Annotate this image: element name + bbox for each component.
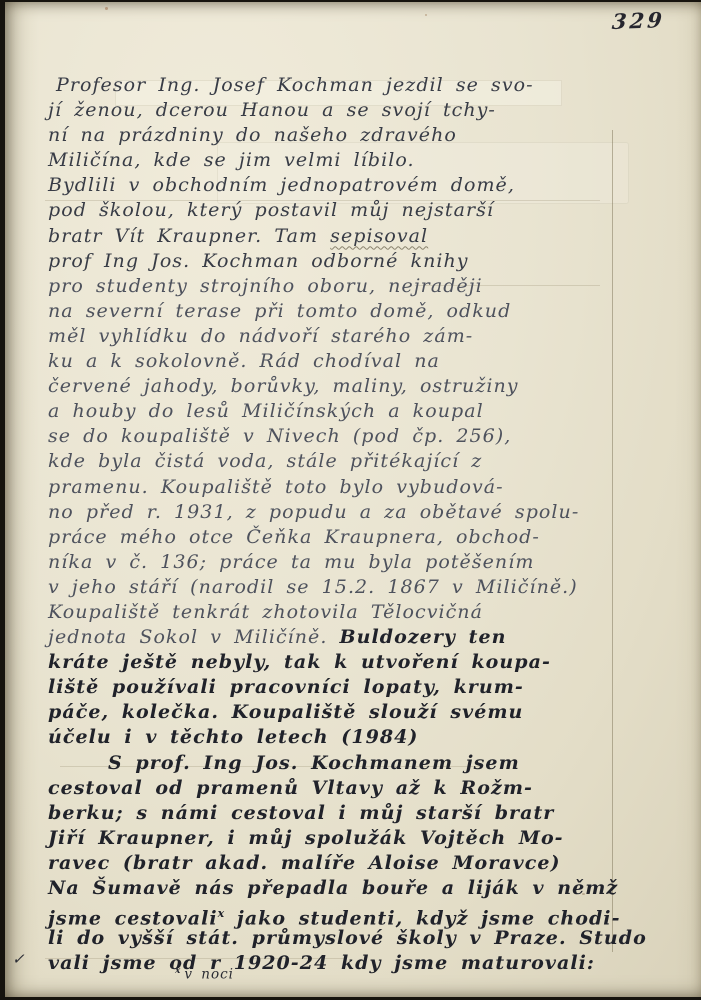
line-segment: liště používali pracovníci lopaty, krum-	[48, 676, 524, 698]
line-segment: Koupaliště tenkrát zhotovila Tělocvičná	[48, 601, 483, 623]
manuscript-line: kráte ještě nebyly, tak k utvoření koupa…	[48, 650, 632, 675]
manuscript-line: berku; s námi cestoval i můj starší brat…	[48, 801, 632, 826]
footnote-marker: x	[175, 966, 181, 976]
line-segment: Jiří Kraupner, i můj spolužák Vojtěch Mo…	[48, 827, 564, 849]
manuscript-line: kde byla čistá voda, stále přitékající z	[48, 449, 632, 474]
line-segment: vali jsme od r 1920-24 kdy jsme maturova…	[48, 952, 595, 974]
manuscript-line: účelu i v těchto letech (1984)	[48, 725, 632, 750]
line-segment: kráte ještě nebyly, tak k utvoření koupa…	[48, 651, 551, 673]
manuscript-line: pod školou, který postavil můj nejstarší	[48, 198, 632, 223]
manuscript-line: vali jsme od r 1920-24 kdy jsme maturova…	[48, 951, 632, 976]
line-segment: li do vyšší stát. průmyslové školy v Pra…	[48, 927, 647, 949]
line-segment: S prof. Ing Jos. Kochmanem jsem	[108, 752, 520, 774]
line-segment: červené jahody, borůvky, maliny, ostruži…	[48, 375, 519, 397]
line-segment: no před r. 1931, z popudu a za obětavé s…	[48, 501, 579, 523]
line-segment: účelu i v těchto letech (1984)	[48, 726, 418, 748]
manuscript-line: no před r. 1931, z popudu a za obětavé s…	[48, 500, 632, 525]
manuscript-line: červené jahody, borůvky, maliny, ostruži…	[48, 374, 632, 399]
manuscript-line: ravec (bratr akad. malíře Aloise Moravce…	[48, 851, 632, 876]
manuscript-line: Miličína, kde se jim velmi líbilo.	[48, 148, 632, 173]
line-segment: pro studenty strojního oboru, nejraději	[48, 275, 483, 297]
manuscript-line: Bydlili v obchodním jednopatrovém domě,	[48, 173, 632, 198]
footnote: xv noci	[175, 966, 234, 983]
manuscript-line: v jeho stáří (narodil se 15.2. 1867 v Mi…	[48, 575, 632, 600]
line-segment: Bydlili v obchodním jednopatrovém domě,	[48, 174, 515, 196]
manuscript-line: Profesor Ing. Josef Kochman jezdil se sv…	[48, 73, 632, 98]
line-segment: Miličína, kde se jim velmi líbilo.	[48, 149, 415, 171]
line-segment: v jeho stáří (narodil se 15.2. 1867 v Mi…	[48, 576, 578, 598]
paper-speck	[425, 14, 427, 16]
footnote-text: v noci	[184, 967, 234, 983]
manuscript-line: Jiří Kraupner, i můj spolužák Vojtěch Mo…	[48, 826, 632, 851]
manuscript-line: pramenu. Koupaliště toto bylo vybudová-	[48, 475, 632, 500]
line-segment: sepisoval	[330, 225, 428, 247]
line-segment: a houby do lesů Miličínských a koupal	[48, 400, 484, 422]
line-segment: pod školou, který postavil můj nejstarší	[48, 199, 494, 221]
line-segment: prof Ing Jos. Kochman odborné knihy	[48, 250, 469, 272]
manuscript-line: měl vyhlídku do nádvoří starého zám-	[48, 324, 632, 349]
manuscript-line: na severní terase při tomto domě, odkud	[48, 299, 632, 324]
line-segment: Buldozery ten	[340, 626, 507, 648]
page-number: 329	[611, 7, 666, 34]
manuscript-line: jednota Sokol v Miličíně. Buldozery ten	[48, 625, 632, 650]
line-segment: kde byla čistá voda, stále přitékající z	[48, 450, 482, 472]
manuscript-line: jsme cestovalix jako studenti, když jsme…	[48, 901, 632, 926]
line-segment: pramenu. Koupaliště toto bylo vybudová-	[48, 476, 504, 498]
manuscript-line: níka v č. 136; práce ta mu byla potěšení…	[48, 550, 632, 575]
manuscript-line: jí ženou, dcerou Hanou a se svojí tchy-	[48, 98, 632, 123]
scanned-page-photo: 329 Profesor Ing. Josef Kochman jezdil s…	[0, 0, 701, 1000]
manuscript-line: ku a k sokolovně. Rád chodíval na	[48, 349, 632, 374]
manuscript-line: se do koupaliště v Nivech (pod čp. 256),	[48, 424, 632, 449]
manuscript-line: Na Šumavě nás přepadla bouře a liják v n…	[48, 876, 632, 901]
manuscript-line: liště používali pracovníci lopaty, krum-	[48, 675, 632, 700]
line-segment: berku; s námi cestoval i můj starší brat…	[48, 802, 554, 824]
line-segment: ravec (bratr akad. malíře Aloise Moravce…	[48, 852, 561, 874]
manuscript-paper: 329 Profesor Ing. Josef Kochman jezdil s…	[5, 2, 701, 997]
line-segment: Na Šumavě nás přepadla bouře a liják v n…	[48, 877, 618, 899]
manuscript-line: páče, kolečka. Koupaliště slouží svému	[48, 700, 632, 725]
manuscript-line: S prof. Ing Jos. Kochmanem jsem	[48, 751, 632, 776]
manuscript-line: práce mého otce Čeňka Kraupnera, obchod-	[48, 525, 632, 550]
manuscript-line: li do vyšší stát. průmyslové školy v Pra…	[48, 926, 632, 951]
manuscript-line: ní na prázdniny do našeho zdravého	[48, 123, 632, 148]
manuscript-line: prof Ing Jos. Kochman odborné knihy	[48, 249, 632, 274]
line-segment: ku a k sokolovně. Rád chodíval na	[48, 350, 440, 372]
manuscript-line: cestoval od pramenů Vltavy až k Rožm-	[48, 776, 632, 801]
manuscript-line: pro studenty strojního oboru, nejraději	[48, 274, 632, 299]
line-segment: bratr Vít Kraupner. Tam	[48, 225, 330, 247]
manuscript-text: Profesor Ing. Josef Kochman jezdil se sv…	[48, 73, 632, 976]
line-segment: cestoval od pramenů Vltavy až k Rožm-	[48, 777, 533, 799]
paper-speck	[105, 7, 108, 10]
margin-checkmark: ✓	[12, 950, 25, 968]
line-segment: Profesor Ing. Josef Kochman jezdil se sv…	[56, 74, 534, 96]
line-segment: níka v č. 136; práce ta mu byla potěšení…	[48, 551, 534, 573]
manuscript-line: Koupaliště tenkrát zhotovila Tělocvičná	[48, 600, 632, 625]
line-segment: jí ženou, dcerou Hanou a se svojí tchy-	[48, 99, 496, 121]
line-segment: páče, kolečka. Koupaliště slouží svému	[48, 701, 523, 723]
manuscript-line: bratr Vít Kraupner. Tam sepisoval	[48, 224, 632, 249]
line-segment: měl vyhlídku do nádvoří starého zám-	[48, 325, 473, 347]
line-segment: práce mého otce Čeňka Kraupnera, obchod-	[48, 526, 540, 548]
line-segment: na severní terase při tomto domě, odkud	[48, 300, 511, 322]
line-segment: se do koupaliště v Nivech (pod čp. 256),	[48, 425, 511, 447]
line-segment: jednota Sokol v Miličíně.	[48, 626, 340, 648]
line-segment: ní na prázdniny do našeho zdravého	[48, 124, 457, 146]
manuscript-line: a houby do lesů Miličínských a koupal	[48, 399, 632, 424]
